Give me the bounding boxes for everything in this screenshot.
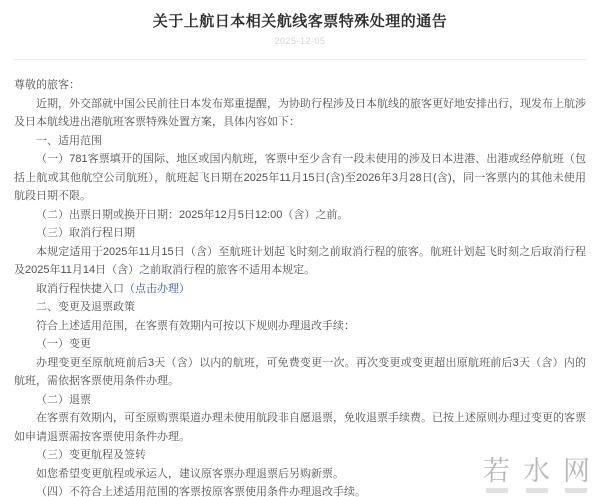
watermark-subtext-segment (565, 488, 587, 493)
notice-body: 尊敬的旅客： 近期，外交部就中国公民前往日本发布郑重提醒，为协助行程涉及日本航线… (14, 76, 586, 497)
publish-date: 2025-12-05 (0, 36, 600, 46)
section2-intro: 符合上述适用范围，在客票有效期内可按以下规则办理退改手续： (14, 317, 586, 336)
notice-header: 关于上航日本相关航线客票特殊处理的通告 2025-12-05 (0, 0, 600, 46)
watermark: 若水网 (483, 456, 590, 493)
intro-paragraph: 近期，外交部就中国公民前往日本发布郑重提醒，为协助行程涉及日本航线的旅客更好地安… (14, 95, 586, 132)
section1-item3-heading: （三）取消行程日期 (14, 224, 586, 243)
cancel-entry-line: 取消行程快捷入口（点击办理） (14, 280, 586, 299)
watermark-subtext-segment (526, 488, 548, 493)
salutation: 尊敬的旅客： (14, 76, 586, 95)
page-title: 关于上航日本相关航线客票特殊处理的通告 (0, 10, 600, 31)
section1-item3-body: 本规定适用于2025年11月15日（含）至航班计划起飞时刻之前取消行程的旅客。航… (14, 243, 586, 280)
section2-item1-body: 办理变更至原航班前后3天（含）以内的航班，可免费变更一次。再次变更或变更超出原航… (14, 354, 586, 391)
section2-item1-heading: （一）变更 (14, 335, 586, 354)
notice-page: 关于上航日本相关航线客票特殊处理的通告 2025-12-05 尊敬的旅客： 近期… (0, 0, 600, 497)
watermark-text: 若水网 (483, 456, 600, 486)
section2-item2-heading: （二）退票 (14, 391, 586, 410)
watermark-subtext (483, 486, 590, 493)
cancel-entry-prefix: 取消行程快捷入口 (36, 283, 124, 295)
cancel-trip-link[interactable]: （点击办理） (124, 283, 190, 295)
section1-item1: （一）781客票填开的国际、地区或国内航班，客票中至少含有一段未使用的涉及日本进… (14, 150, 586, 206)
section1-heading: 一、适用范围 (14, 132, 586, 151)
watermark-subtext-segment (486, 488, 508, 493)
section1-item2: （二）出票日期或换开日期：2025年12月5日12:00（含）之前。 (14, 206, 586, 225)
section2-item2-body: 在客票有效期内，可至原购票渠道办理未使用航段非自愿退票，免收退票手续费。已按上述… (14, 409, 586, 446)
section2-heading: 二、变更及退票政策 (14, 298, 586, 317)
header-divider (14, 59, 586, 60)
